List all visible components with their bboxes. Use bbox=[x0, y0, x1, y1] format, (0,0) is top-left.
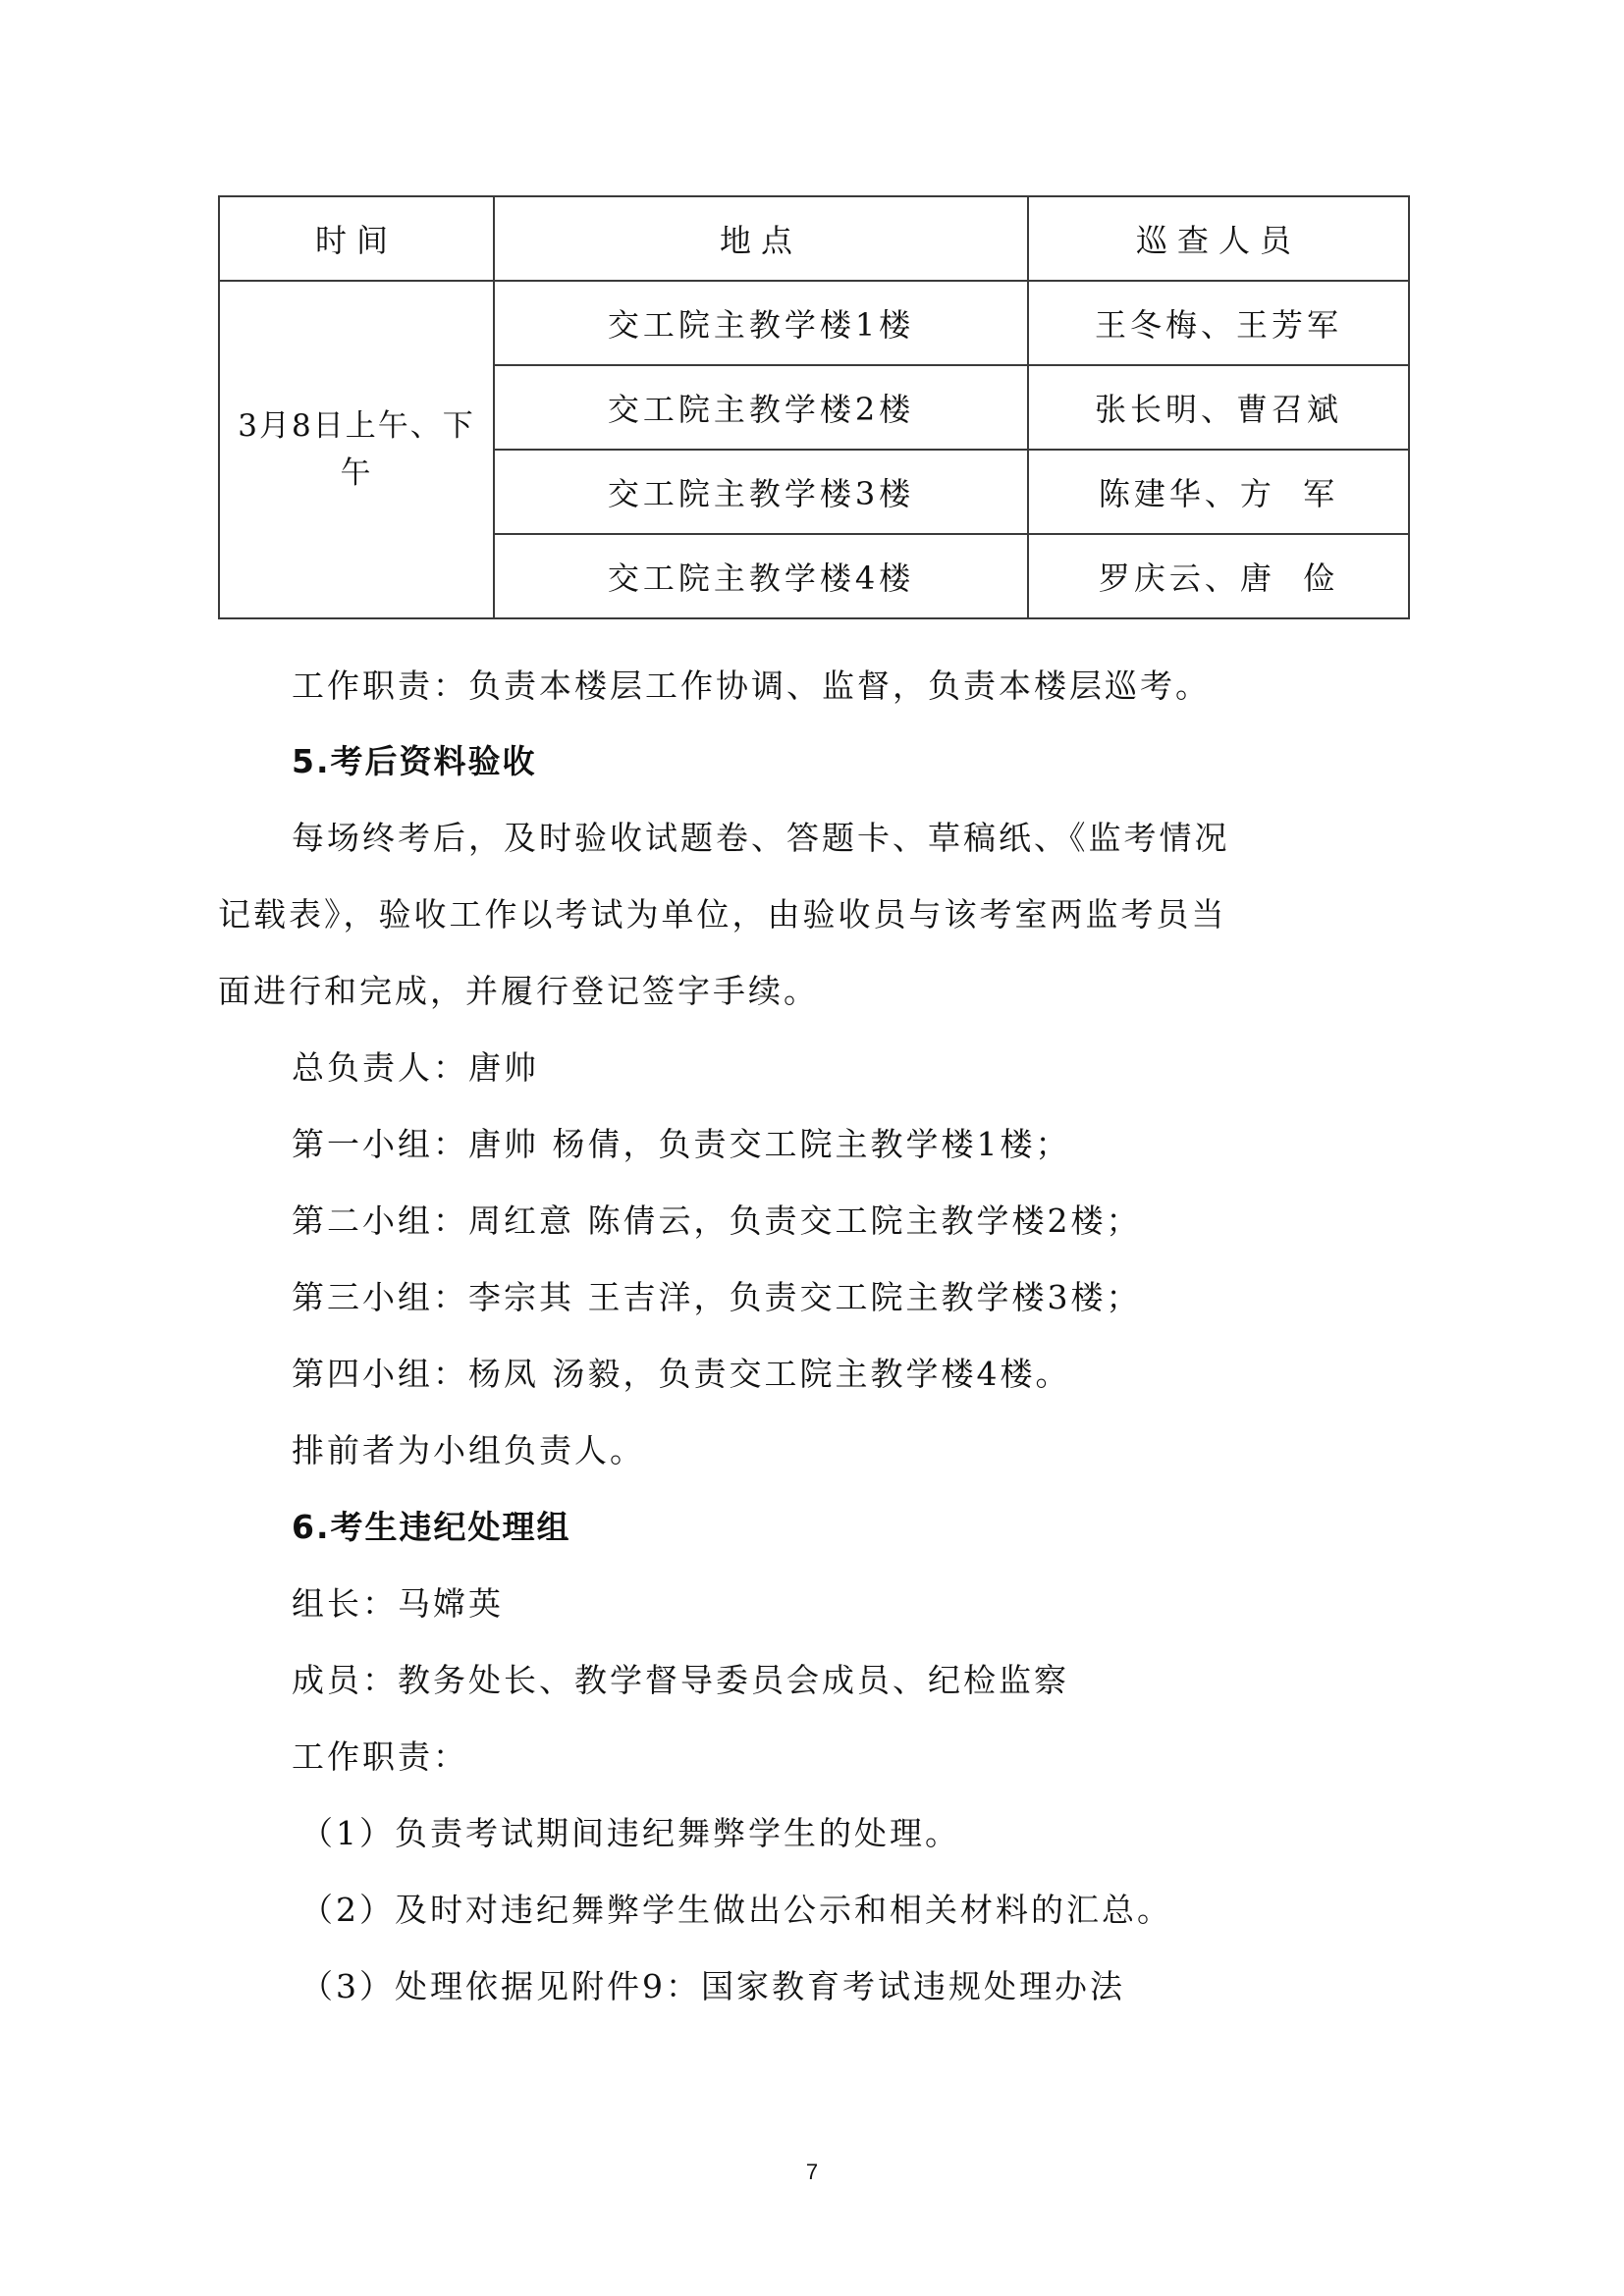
duty-item-2: （2）及时对违纪舞弊学生做出公示和相关材料的汇总。 bbox=[300, 1885, 1172, 1931]
time-cell: 3月8日上午、下午 bbox=[219, 281, 494, 618]
section-5-para-line-3: 面进行和完成，并履行登记签字手续。 bbox=[218, 966, 819, 1012]
duty-item-3: （3）处理依据见附件9：国家教育考试违规处理办法 bbox=[300, 1961, 1125, 2007]
header-staff: 巡查人员 bbox=[1028, 196, 1409, 281]
location-cell: 交工院主教学楼4楼 bbox=[494, 534, 1028, 618]
staff-cell: 罗庆云、唐 俭 bbox=[1028, 534, 1409, 618]
chief-responsible: 总负责人：唐帅 bbox=[292, 1042, 539, 1089]
location-cell: 交工院主教学楼1楼 bbox=[494, 281, 1028, 365]
staff-cell: 陈建华、方 军 bbox=[1028, 450, 1409, 534]
group-note: 排前者为小组负责人。 bbox=[292, 1425, 645, 1471]
duty-label: 工作职责： bbox=[292, 1732, 468, 1778]
group-leader: 组长：马嫦英 bbox=[292, 1578, 504, 1625]
staff-cell: 王冬梅、王芳军 bbox=[1028, 281, 1409, 365]
staff-cell: 张长明、曹召斌 bbox=[1028, 365, 1409, 450]
document-page: 时间 地点 巡查人员 3月8日上午、下午 交工院主教学楼1楼 王冬梅、王芳军 交… bbox=[0, 0, 1624, 2296]
section-6-heading: 6.考生违纪处理组 bbox=[292, 1502, 571, 1548]
header-location: 地点 bbox=[494, 196, 1028, 281]
duty-item-1: （1）负责考试期间违纪舞弊学生的处理。 bbox=[300, 1808, 960, 1854]
location-cell: 交工院主教学楼2楼 bbox=[494, 365, 1028, 450]
section-5-heading: 5.考后资料验收 bbox=[292, 736, 537, 782]
location-cell: 交工院主教学楼3楼 bbox=[494, 450, 1028, 534]
group-1: 第一小组：唐帅 杨倩，负责交工院主教学楼1楼； bbox=[292, 1119, 1071, 1165]
section-5-para-line-1: 每场终考后，及时验收试题卷、答题卡、草稿纸、《监考情况 bbox=[292, 813, 1230, 859]
group-4: 第四小组：杨凤 汤毅，负责交工院主教学楼4楼。 bbox=[292, 1349, 1071, 1395]
page-number: 7 bbox=[0, 2160, 1624, 2185]
floor-duty-text: 工作职责：负责本楼层工作协调、监督，负责本楼层巡考。 bbox=[292, 661, 1211, 707]
group-2: 第二小组：周红意 陈倩云，负责交工院主教学楼2楼； bbox=[292, 1196, 1142, 1242]
table-header-row: 时间 地点 巡查人员 bbox=[219, 196, 1409, 281]
group-3: 第三小组：李宗其 王吉洋，负责交工院主教学楼3楼； bbox=[292, 1272, 1142, 1318]
section-5-para-line-2: 记载表》，验收工作以考试为单位，由验收员与该考室两监考员当 bbox=[218, 889, 1227, 935]
patrol-schedule-table: 时间 地点 巡查人员 3月8日上午、下午 交工院主教学楼1楼 王冬梅、王芳军 交… bbox=[218, 195, 1410, 619]
group-members: 成员：教务处长、教学督导委员会成员、纪检监察 bbox=[292, 1655, 1069, 1701]
header-time: 时间 bbox=[219, 196, 494, 281]
table-row: 3月8日上午、下午 交工院主教学楼1楼 王冬梅、王芳军 bbox=[219, 281, 1409, 365]
